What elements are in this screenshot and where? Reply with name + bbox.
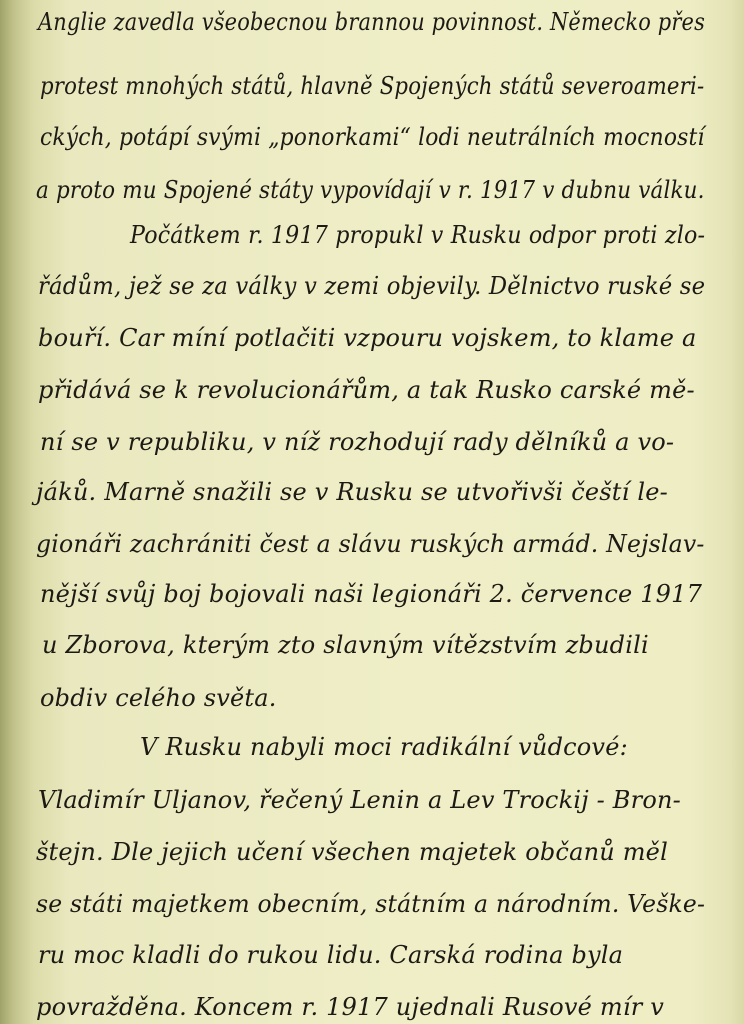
text-line: a proto mu Spojené státy vypovídají v r.…: [36, 176, 705, 204]
text-line: řádům, jež se za války v zemi objevily. …: [38, 272, 705, 300]
text-line: povražděna. Koncem r. 1917 ujednali Ruso…: [36, 993, 664, 1021]
text-line: nější svůj boj bojovali naši legionáři 2…: [40, 580, 702, 608]
text-line: obdiv celého světa.: [40, 684, 277, 712]
text-line: V Rusku nabyli moci radikální vůdcové:: [140, 733, 628, 761]
text-line: Vladimír Uljanov, řečený Lenin a Lev Tro…: [38, 786, 681, 814]
text-line: ru moc kladli do rukou lidu. Carská rodi…: [38, 941, 623, 969]
text-line: štejn. Dle jejich učení všechen majetek …: [36, 838, 668, 866]
text-line: u Zborova, kterým zto slavným vítězstvím…: [42, 631, 649, 659]
text-line: Anglie zavedla všeobecnou brannou povinn…: [38, 8, 705, 36]
text-line: se státi majetkem obecním, státním a nár…: [36, 890, 705, 918]
text-line: jáků. Marně snažili se v Rusku se utvoři…: [36, 478, 668, 506]
text-line: protest mnohých států, hlavně Spojených …: [40, 72, 704, 100]
text-line: Počátkem r. 1917 propukl v Rusku odpor p…: [130, 221, 705, 249]
text-line: ní se v republiku, v níž rozhodují rady …: [40, 428, 674, 456]
text-line: ckých, potápí svými „ponorkami“ lodi neu…: [40, 123, 705, 151]
text-line: přidává se k revolucionářům, a tak Rusko…: [38, 376, 695, 404]
manuscript-page: Anglie zavedla všeobecnou brannou povinn…: [0, 0, 744, 1024]
text-line: bouří. Car míní potlačiti vzpouru vojske…: [38, 324, 696, 352]
text-line: gionáři zachrániti čest a slávu ruských …: [36, 530, 705, 558]
